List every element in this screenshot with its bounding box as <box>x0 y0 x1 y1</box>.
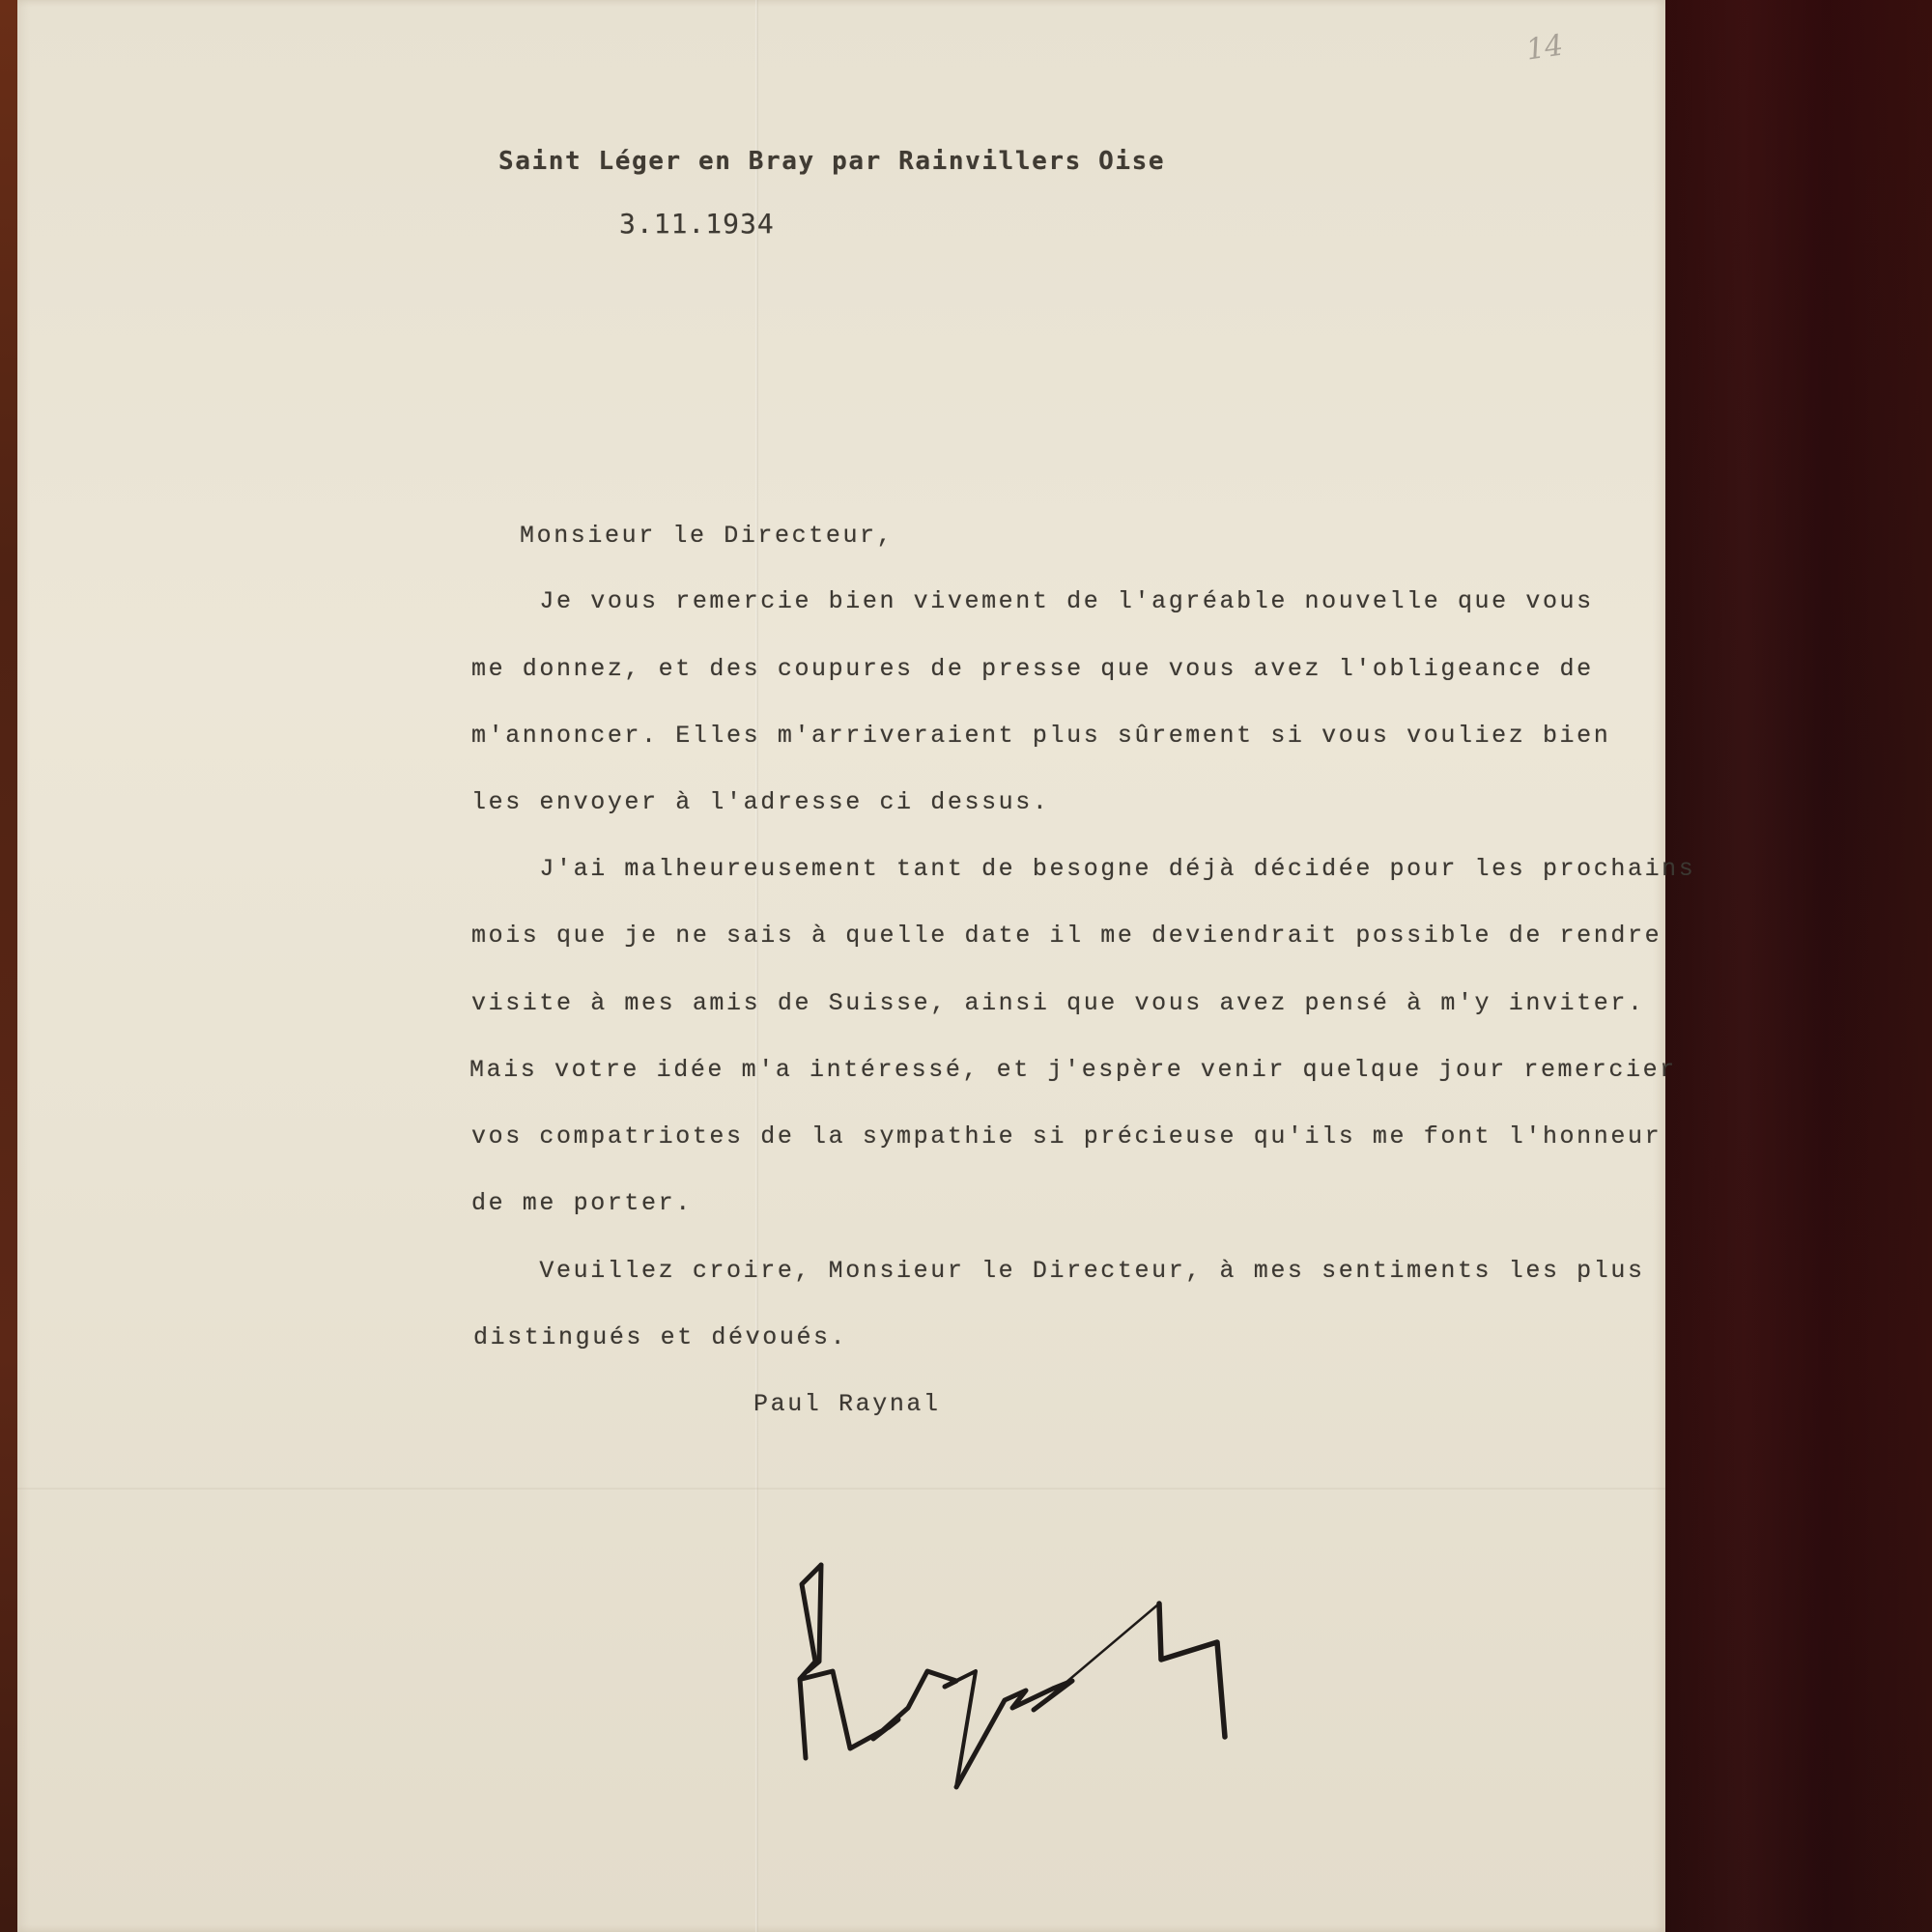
body-line: de me porter. <box>471 1191 693 1215</box>
body-line: m'annoncer. Elles m'arriveraient plus sû… <box>471 724 1610 748</box>
body-line: J'ai malheureusement tant de besogne déj… <box>471 857 1695 881</box>
body-line: les envoyer à l'adresse ci dessus. <box>471 790 1049 814</box>
body-line: me donnez, et des coupures de presse que… <box>471 657 1594 681</box>
sender-address: Saint Léger en Bray par Rainvillers Oise <box>498 149 1165 174</box>
body-line: visite à mes amis de Suisse, ainsi que v… <box>471 991 1645 1015</box>
body-line: Mais votre idée m'a intéressé, et j'espè… <box>469 1058 1677 1082</box>
body-line: mois que je ne sais à quelle date il me … <box>471 923 1662 948</box>
archive-pencil-mark: 14 <box>1524 29 1566 68</box>
salutation: Monsieur le Directeur, <box>520 524 894 548</box>
wooden-table-background <box>1663 0 1932 1932</box>
closing-line: Veuillez croire, Monsieur le Directeur, … <box>471 1259 1645 1283</box>
horizontal-fold-crease <box>17 1488 1665 1490</box>
closing-line: distingués et dévoués. <box>473 1325 847 1350</box>
body-line: vos compatriotes de la sympathie si préc… <box>471 1124 1662 1149</box>
handwritten-signature <box>773 1546 1275 1797</box>
body-line: Je vous remercie bien vivement de l'agré… <box>471 589 1594 613</box>
vertical-fold-crease <box>755 0 758 1932</box>
letter-date: 3.11.1934 <box>619 211 775 238</box>
typed-signatory-name: Paul Raynal <box>753 1392 941 1416</box>
